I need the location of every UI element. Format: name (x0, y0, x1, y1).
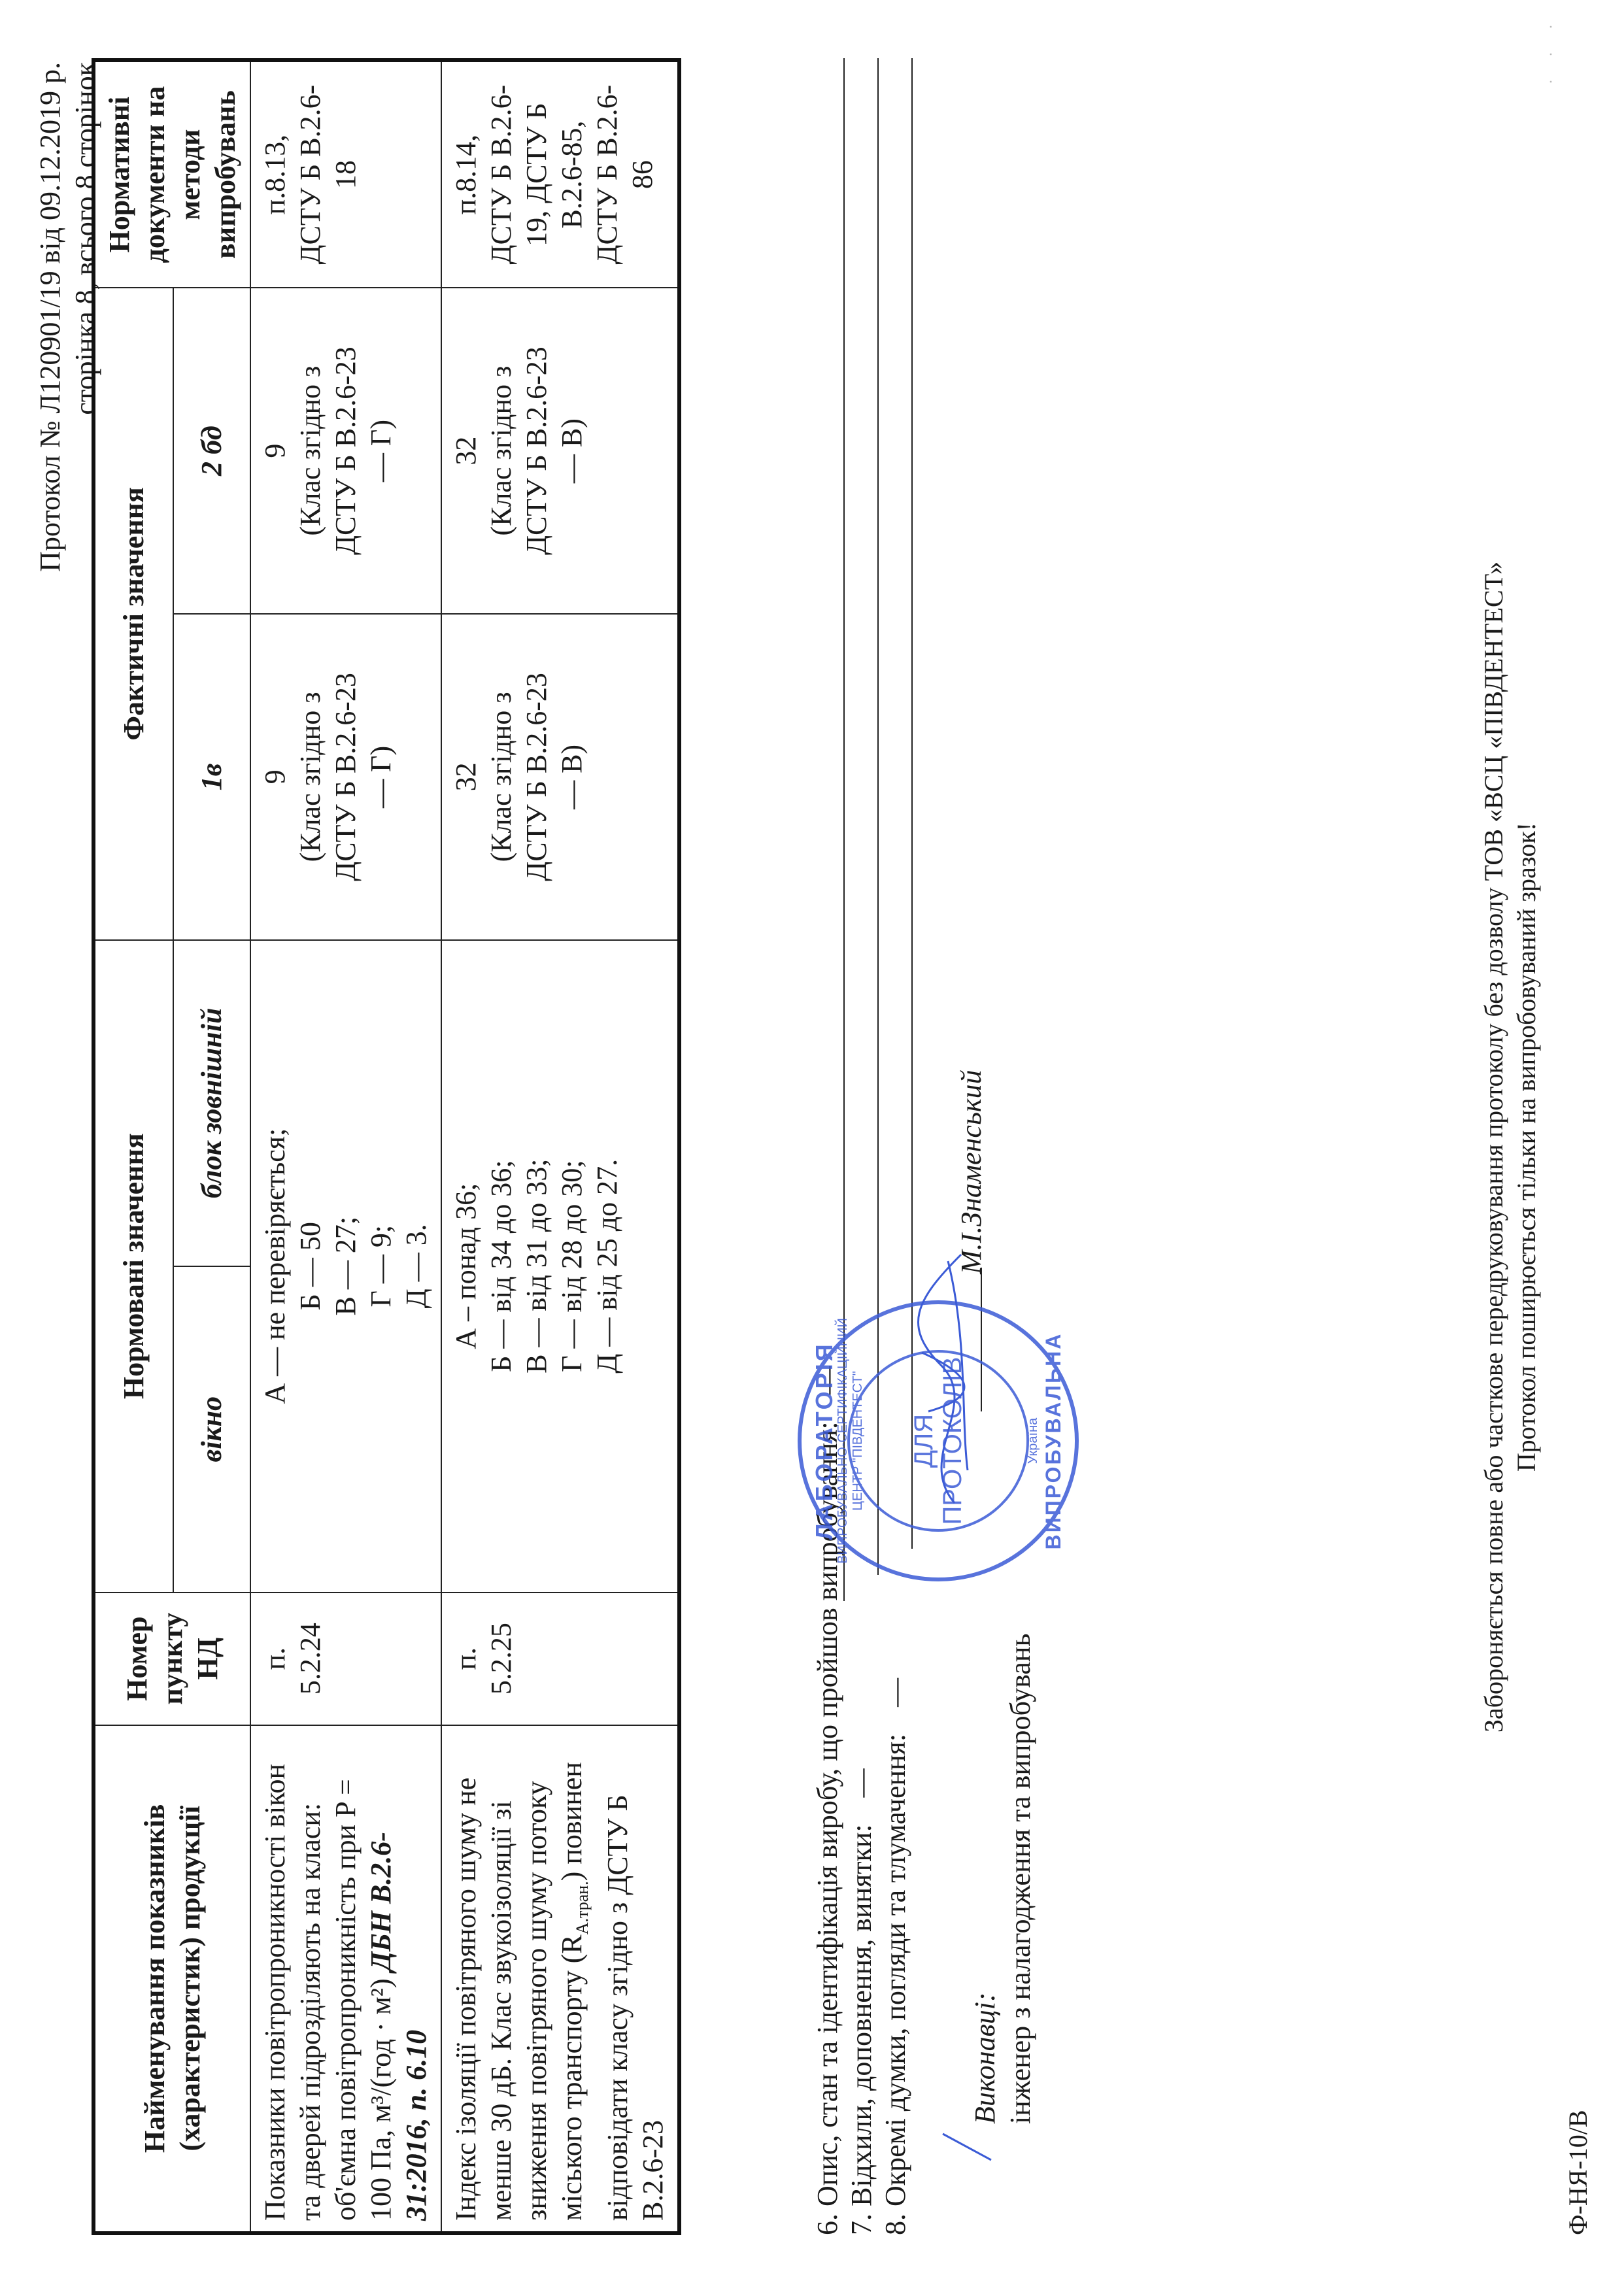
header-actual-1: 1в (173, 614, 250, 940)
row-1-clause: п. 5.2.24 (250, 1593, 441, 1725)
section-8: 8. Окремі думки, погляди та тлумачення: … (879, 1678, 913, 2235)
section-7-label: 7. Відхили, доповнення, винятки: (845, 1824, 877, 2235)
results-table: Найменування показників (характеристик) … (92, 58, 681, 2235)
row-2-methods: п.8.14, ДСТУ Б В.2.6- 19, ДСТУ Б В.2.6-8… (441, 60, 679, 288)
header-actual: Фактичні значення (93, 288, 173, 940)
section-8-value: — (879, 1678, 911, 1707)
form-code: Ф-НЯ-10/В (1563, 2110, 1593, 2235)
header-window: вікно (173, 1266, 250, 1593)
row-1-actual-1: 9 (Клас згідно з ДСТУ Б В.2.6-23 — Г) (250, 614, 441, 940)
section-7: 7. Відхили, доповнення, винятки: — (845, 1768, 879, 2235)
table-header-row: Найменування показників (характеристик) … (93, 60, 173, 2233)
row-1-name: Показники повітропроникності вікон та дв… (250, 1725, 441, 2233)
footer-notice: Забороняється повне або часткове передру… (1478, 0, 1543, 2294)
pen-mark-icon (941, 2131, 994, 2163)
header-clause: Номер пункту НД (93, 1593, 250, 1725)
signature-icon (902, 1248, 994, 1510)
row-2-name: Індекс ізоляції повітряного шуму не менш… (441, 1725, 679, 2233)
header-block: блок зовнішній (173, 940, 250, 1266)
executor-role: інженер з налагодження та випробувань (1003, 1634, 1038, 2125)
section-8-label: 8. Окремі думки, погляди та тлумачення: (879, 1734, 911, 2235)
stamp-ring-top: ЛАБОРАТОРІЯ (811, 1304, 838, 1577)
header-actual-2: 2 бд (173, 288, 250, 614)
row-2-actual-1: 32 (Клас згідно з ДСТУ Б В.2.6-23 — В) (441, 614, 679, 940)
document-page: Протокол № Л120901/19 від 09.12.2019 р. … (0, 0, 1624, 2294)
section-7-value: — (845, 1768, 877, 1797)
row-1-actual-2: 9 (Клас згідно з ДСТУ Б В.2.6-23 — Г) (250, 288, 441, 614)
header-normative: Нормовані значення (93, 940, 173, 1593)
stamp-country: Україна (1026, 1304, 1041, 1577)
header-methods: Нормативні документи на методи випробува… (93, 60, 250, 288)
row-1-normative: А — не перевіряється; Б — 50 В — 27; Г —… (250, 940, 441, 1593)
protocol-number: Протокол № Л120901/19 від 09.12.2019 р. (33, 62, 68, 572)
table-row: Індекс ізоляції повітряного шуму не менш… (441, 60, 679, 2233)
scan-artifact: · · · (1543, 15, 1561, 84)
header-name: Найменування показників (характеристик) … (93, 1725, 250, 2233)
stamp-ring-bottom: ВИПРОБУВАЛЬНА (1041, 1304, 1066, 1577)
table-row: Показники повітропроникності вікон та дв… (250, 60, 441, 2233)
executors-block: Виконавці: інженер з налагодження та вип… (968, 1634, 1038, 2125)
executor-name: М.І.Знаменський (955, 1070, 988, 1275)
row-2-clause: п. 5.2.25 (441, 1593, 679, 1725)
row-2-normative: А – понад 36; Б — від 34 до 36; В — від … (441, 940, 679, 1593)
row-2-actual-2: 32 (Клас згідно з ДСТУ Б В.2.6-23 — В) (441, 288, 679, 614)
footer-line-2: Протокол поширюється тільки на випробову… (1510, 0, 1543, 2294)
row-1-methods: п.8.13, ДСТУ Б В.2.6- 18 (250, 60, 441, 288)
footer-line-1: Забороняється повне або часткове передру… (1478, 0, 1510, 2294)
executors-label: Виконавці: (968, 1634, 1003, 2125)
